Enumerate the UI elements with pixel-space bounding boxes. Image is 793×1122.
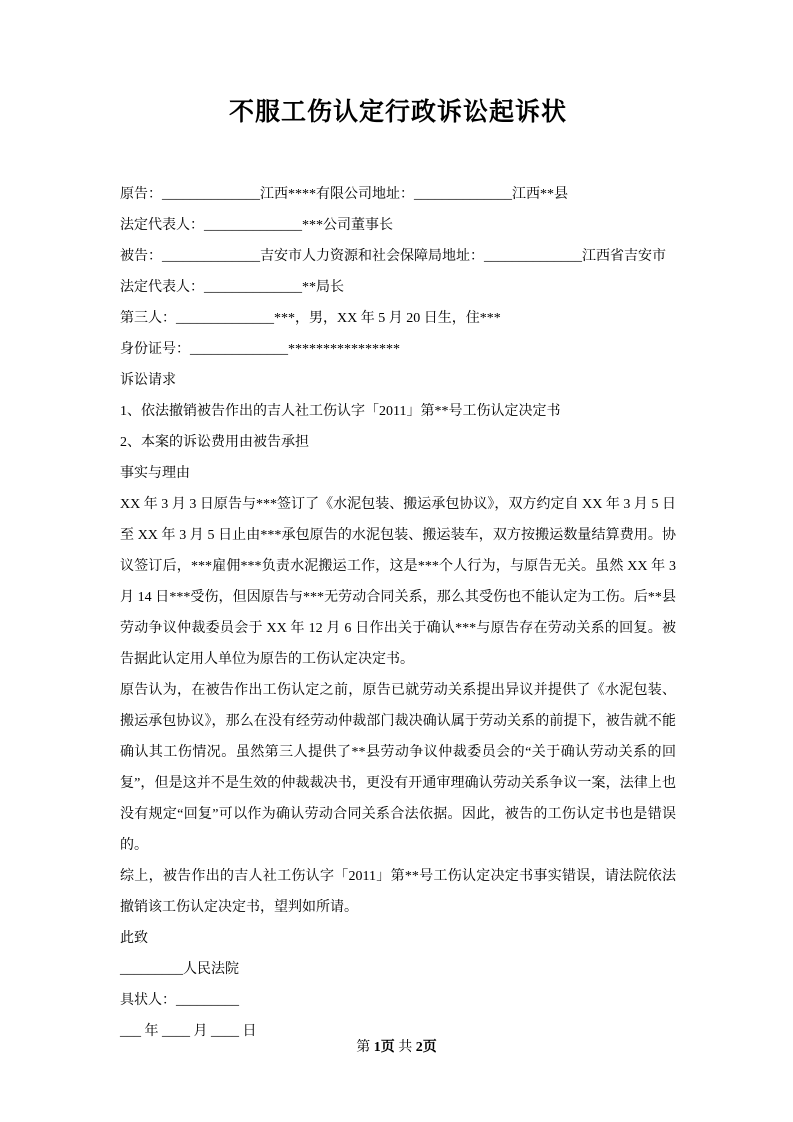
- footer-middle: 共: [395, 1040, 416, 1055]
- claim-item-2: 2、本案的诉讼费用由被告承担: [120, 427, 676, 458]
- closing-court-line: _________人民法院: [120, 954, 676, 985]
- party-line-plaintiff-rep: 法定代表人：______________***公司董事长: [120, 210, 676, 241]
- facts-paragraph-1: XX 年 3 月 3 日原告与***签订了《水泥包装、搬运承包协议》，双方约定自…: [120, 489, 676, 675]
- party-line-plaintiff: 原告：______________江西****有限公司地址：__________…: [120, 179, 676, 210]
- document-title: 不服工伤认定行政诉讼起诉状: [120, 96, 676, 129]
- party-line-third-party: 第三人：______________***，男，XX 年 5 月 20 日生，住…: [120, 303, 676, 334]
- party-line-defendant-rep: 法定代表人：______________**局长: [120, 272, 676, 303]
- claim-item-1: 1、依法撤销被告作出的吉人社工伤认字「2011」第**号工伤认定决定书: [120, 396, 676, 427]
- claims-heading: 诉讼请求: [120, 365, 676, 396]
- closing-salutation: 此致: [120, 923, 676, 954]
- footer-total-pages: 2页: [416, 1040, 437, 1055]
- facts-paragraph-3: 综上，被告作出的吉人社工伤认字「2011」第**号工伤认定决定书事实错误，请法院…: [120, 861, 676, 923]
- footer-current-page: 1页: [374, 1040, 395, 1055]
- document-content: 不服工伤认定行政诉讼起诉状 原告：______________江西****有限公…: [120, 0, 676, 1047]
- facts-paragraph-2: 原告认为，在被告作出工伤认定之前，原告已就劳动关系提出异议并提供了《水泥包装、搬…: [120, 675, 676, 861]
- closing-signer-line: 具状人：_________: [120, 985, 676, 1016]
- party-line-id-number: 身份证号：______________****************: [120, 334, 676, 365]
- document-page: 不服工伤认定行政诉讼起诉状 原告：______________江西****有限公…: [0, 0, 793, 1122]
- footer-prefix: 第: [356, 1040, 374, 1055]
- party-line-defendant: 被告：______________吉安市人力资源和社会保障局地址：_______…: [120, 241, 676, 272]
- facts-heading: 事实与理由: [120, 458, 676, 489]
- page-footer: 第 1页 共 2页: [0, 1036, 793, 1060]
